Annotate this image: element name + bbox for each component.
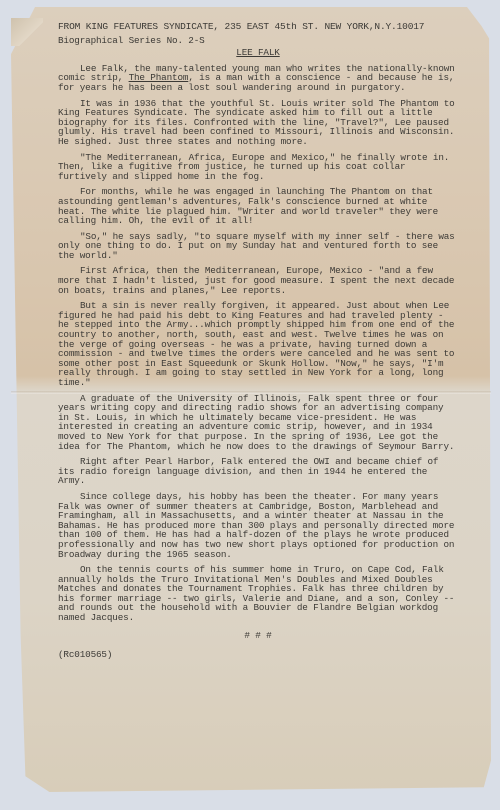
end-marks: # # # — [58, 631, 458, 641]
paragraph-9: Right after Pearl Harbor, Falk entered t… — [58, 457, 458, 486]
letterhead: FROM KING FEATURES SYNDICATE, 235 EAST 4… — [58, 22, 458, 32]
paragraph-10: Since college days, his hobby has been t… — [58, 492, 458, 559]
series-label: Biographical Series No. 2-S — [58, 36, 458, 46]
document-body: FROM KING FEATURES SYNDICATE, 235 EAST 4… — [58, 22, 458, 660]
paragraph-2: It was in 1936 that the youthful St. Lou… — [58, 99, 458, 147]
paragraph-3: "The Mediterranean, Africa, Europe and M… — [58, 153, 458, 182]
paragraph-4: For months, while he was engaged in laun… — [58, 187, 458, 225]
paragraph-6: First Africa, then the Mediterranean, Eu… — [58, 266, 458, 295]
paragraph-1: Lee Falk, the many-talented young man wh… — [58, 64, 458, 93]
paragraph-8: A graduate of the University of Illinois… — [58, 394, 458, 452]
reference-code: (Rc010565) — [58, 650, 458, 660]
document-title: LEE FALK — [58, 48, 458, 58]
paragraph-7: But a sin is never really forgiven, it a… — [58, 301, 458, 387]
paragraph-5: "So," he says sadly, "to square myself w… — [58, 232, 458, 261]
paragraph-11: On the tennis courts of his summer home … — [58, 565, 458, 623]
